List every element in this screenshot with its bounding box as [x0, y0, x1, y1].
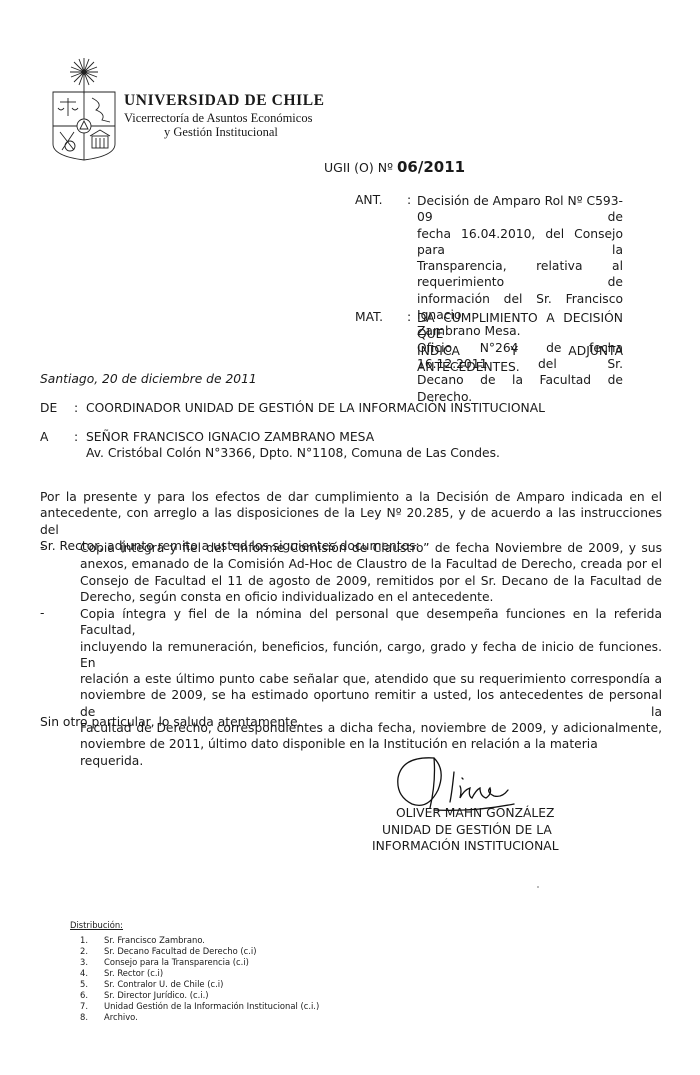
- distribution-item: Sr. Decano Facultad de Derecho (c.i): [104, 946, 257, 956]
- distribution-number: 8.: [80, 1012, 88, 1022]
- bullet-item-1: Copia íntegra y fiel del “Informe Comisi…: [80, 540, 662, 605]
- distribution-item: Sr. Rector (c.i): [104, 968, 163, 978]
- distribution-number: 4.: [80, 968, 88, 978]
- mat-body: DA CUMPLIMIENTO A DECISIÓN QUE INDICA Y …: [417, 310, 623, 375]
- ant-line: Decano de la Facultad de Derecho.: [417, 372, 623, 405]
- to-colon: :: [74, 430, 78, 444]
- intro-line: Por la presente y para los efectos de da…: [40, 489, 662, 505]
- signer-unit-line-2: INFORMACIÓN INSTITUCIONAL: [372, 839, 559, 853]
- date-line: Santiago, 20 de diciembre de 2011: [40, 372, 257, 386]
- distribution-number: 6.: [80, 990, 88, 1000]
- distribution-item: Sr. Francisco Zambrano.: [104, 935, 205, 945]
- ant-label: ANT.: [355, 193, 383, 207]
- to-label: A: [40, 430, 48, 444]
- ant-line: Decisión de Amparo Rol Nº C593-09 de: [417, 193, 623, 226]
- mat-line: INDICA Y ADJUNTA ANTECEDENTES.: [417, 343, 623, 376]
- distribution-number: 7.: [80, 1001, 88, 1011]
- bullet-line: Copia íntegra y fiel de la nómina del pe…: [80, 606, 662, 639]
- scan-speck: [537, 886, 539, 888]
- distribution-item: Sr. Contralor U. de Chile (c.i): [104, 979, 223, 989]
- university-crest-icon: [50, 52, 118, 162]
- to-name: SEÑOR FRANCISCO IGNACIO ZAMBRANO MESA: [86, 430, 374, 444]
- department-line-2: y Gestión Institucional: [164, 125, 278, 140]
- mat-line: DA CUMPLIMIENTO A DECISIÓN QUE: [417, 310, 623, 343]
- reference-value: 06/2011: [397, 158, 465, 176]
- closing-line: Sin otro particular, lo saluda atentamen…: [40, 715, 301, 729]
- handwritten-signature-icon: [394, 752, 544, 814]
- ant-line: fecha 16.04.2010, del Consejo para la: [417, 226, 623, 259]
- bullet-line: incluyendo la remuneración, beneficios, …: [80, 639, 662, 672]
- bullet-dash: -: [40, 540, 44, 554]
- bullet-item-2: Copia íntegra y fiel de la nómina del pe…: [80, 606, 662, 769]
- bullet-line: noviembre de 2011, último dato disponibl…: [80, 736, 662, 769]
- from-value: COORDINADOR UNIDAD DE GESTIÓN DE LA INFO…: [86, 401, 545, 415]
- distribution-number: 1.: [80, 935, 88, 945]
- distribution-item: Archivo.: [104, 1012, 138, 1022]
- ant-colon: :: [407, 193, 411, 207]
- signer-unit-line-1: UNIDAD DE GESTIÓN DE LA: [382, 823, 552, 837]
- distribution-item: Sr. Director Jurídico. (c.i.): [104, 990, 209, 1000]
- bullet-line: Consejo de Facultad el 11 de agosto de 2…: [80, 573, 662, 589]
- distribution-number: 3.: [80, 957, 88, 967]
- department-line-1: Vicerrectoría de Asuntos Económicos: [124, 111, 312, 126]
- bullet-line: relación a este último punto cabe señala…: [80, 671, 662, 687]
- bullet-line: anexos, emanado de la Comisión Ad-Hoc de…: [80, 556, 662, 572]
- mat-colon: :: [407, 310, 411, 324]
- reference-prefix: UGII (O) Nº: [324, 160, 397, 175]
- distribution-item: Unidad Gestión de la Información Institu…: [104, 1001, 319, 1011]
- signer-name: OLIVER MAHN GONZÁLEZ: [396, 806, 554, 820]
- ant-line: Transparencia, relativa al requerimiento…: [417, 258, 623, 291]
- to-address: Av. Cristóbal Colón N°3366, Dpto. N°1108…: [86, 446, 500, 460]
- distribution-number: 5.: [80, 979, 88, 989]
- distribution-item: Consejo para la Transparencia (c.i): [104, 957, 249, 967]
- distribution-title: Distribución:: [70, 920, 123, 930]
- university-name: UNIVERSIDAD DE CHILE: [124, 92, 325, 110]
- from-label: DE: [40, 401, 57, 415]
- bullet-line: Copia íntegra y fiel del “Informe Comisi…: [80, 540, 662, 556]
- reference-number: UGII (O) Nº 06/2011: [324, 158, 465, 176]
- from-colon: :: [74, 401, 78, 415]
- intro-line: antecedente, con arreglo a las disposici…: [40, 505, 662, 538]
- bullet-dash: -: [40, 606, 44, 620]
- distribution-number: 2.: [80, 946, 88, 956]
- mat-label: MAT.: [355, 310, 383, 324]
- bullet-line: Derecho, según consta en oficio individu…: [80, 589, 662, 605]
